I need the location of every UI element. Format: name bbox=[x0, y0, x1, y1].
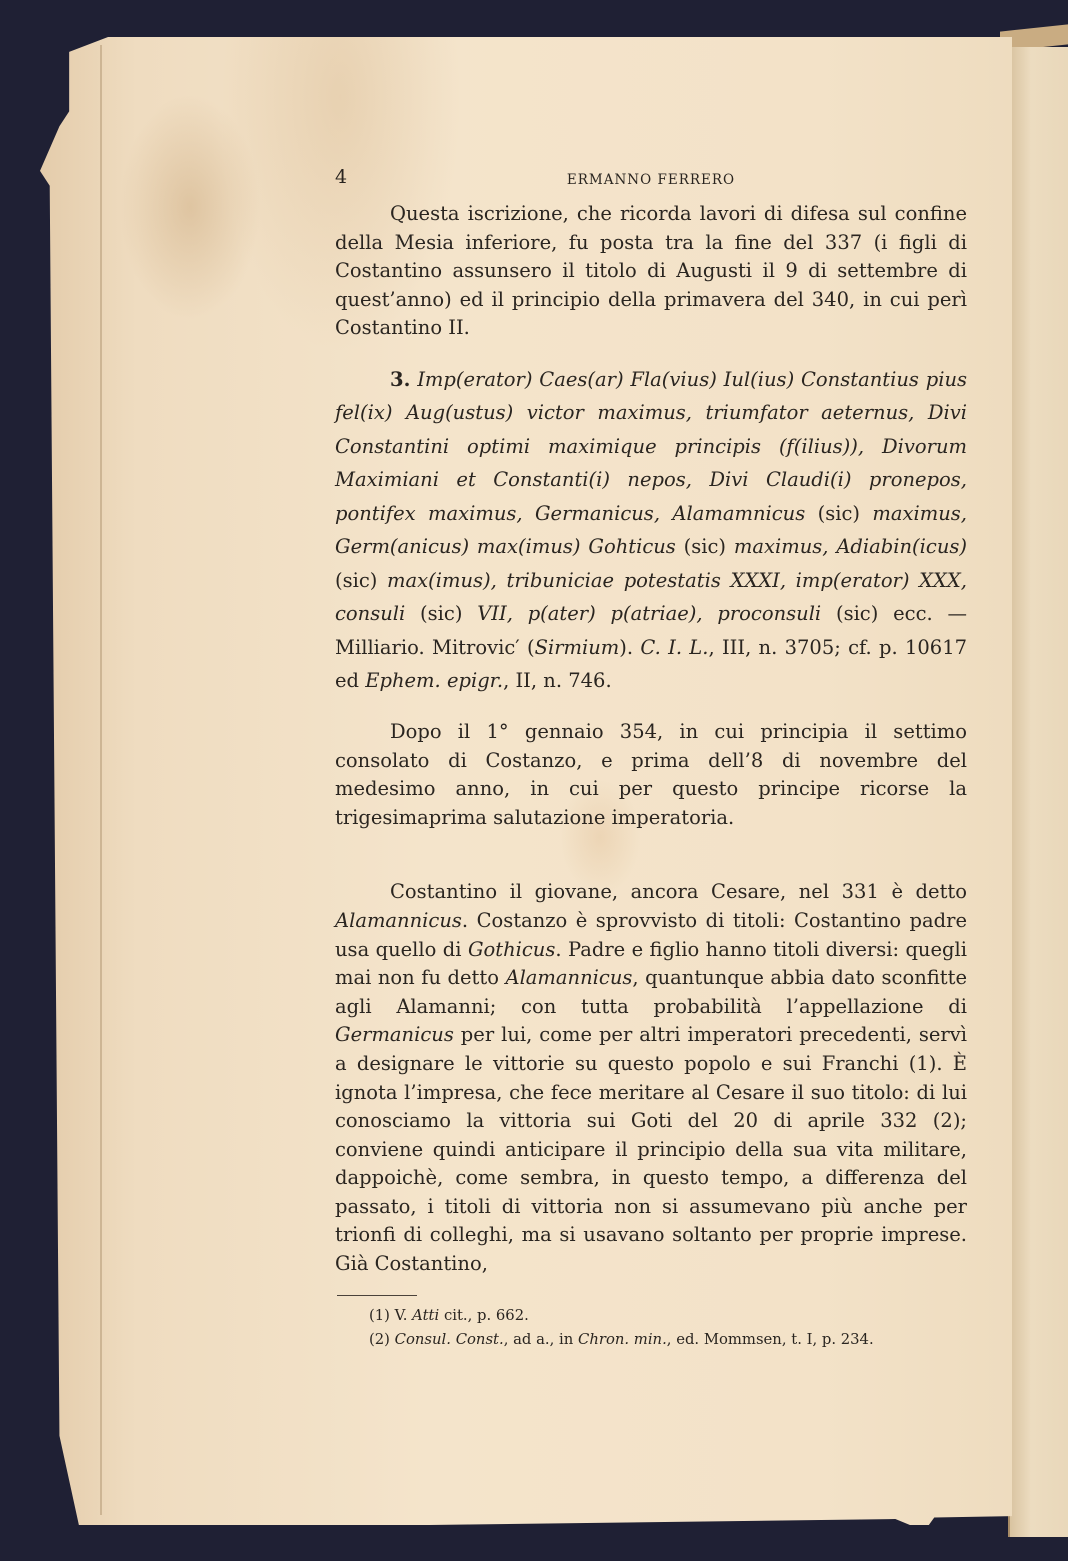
inscription-number: 3. bbox=[390, 368, 410, 391]
italic-text: Gothicus bbox=[468, 938, 555, 961]
roman-text: cit., p. 662. bbox=[439, 1307, 529, 1324]
italic-text: Chron. min. bbox=[578, 1331, 667, 1348]
roman-text: (1) V. bbox=[369, 1307, 412, 1324]
footnote-divider bbox=[337, 1295, 417, 1296]
roman-text: Costantino il giovane, ancora Cesare, ne… bbox=[390, 880, 967, 903]
page-fold-line bbox=[100, 45, 102, 1515]
roman-text: per lui, come per altri imperatori prece… bbox=[335, 1023, 967, 1275]
footnote-1: (1) V. Atti cit., p. 662. bbox=[335, 1304, 967, 1328]
paragraph-constantine-titles: Costantino il giovane, ancora Cesare, ne… bbox=[335, 878, 967, 1278]
italic-text: Alamannicus bbox=[335, 909, 462, 932]
footnote-2: (2) Consul. Const., ad a., in Chron. min… bbox=[335, 1328, 967, 1352]
roman-text: (sic) bbox=[676, 535, 734, 558]
paragraph-inscription-dating: Questa iscrizione, che ricorda lavori di… bbox=[335, 200, 967, 343]
adjacent-page-edge bbox=[1008, 47, 1068, 1537]
paragraph-dating-354: Dopo il 1° gennaio 354, in cui principia… bbox=[335, 718, 967, 832]
running-head: 4 ERMANNO FERRERO bbox=[335, 160, 967, 200]
italic-text: Consul. Const. bbox=[395, 1331, 504, 1348]
italic-text: VII, p(ater) p(atriae), proconsuli bbox=[477, 602, 821, 625]
roman-text: , ad a., in bbox=[504, 1331, 578, 1348]
italic-text: C. I. L. bbox=[640, 636, 708, 659]
roman-text: (2) bbox=[369, 1331, 395, 1348]
italic-text: maximus, Adiabin(icus) bbox=[734, 535, 967, 558]
italic-text: Alamannicus bbox=[505, 966, 632, 989]
inscription-3: 3. Imp(erator) Caes(ar) Fla(vius) Iul(iu… bbox=[335, 363, 967, 698]
roman-text: , ed. Mommsen, t. I, p. 234. bbox=[667, 1331, 874, 1348]
page-text-block: 4 ERMANNO FERRERO Questa iscrizione, che… bbox=[335, 160, 967, 1352]
roman-text: (sic) bbox=[405, 602, 477, 625]
footnotes: (1) V. Atti cit., p. 662. (2) Consul. Co… bbox=[335, 1304, 967, 1352]
running-head-author: ERMANNO FERRERO bbox=[335, 172, 967, 188]
italic-text: Germanicus bbox=[335, 1023, 454, 1046]
roman-text: , II, n. 746. bbox=[503, 669, 612, 692]
roman-text: ). bbox=[619, 636, 640, 659]
roman-text: (sic) bbox=[805, 502, 872, 525]
italic-text: Sirmium bbox=[535, 636, 620, 659]
roman-text: (sic) bbox=[335, 569, 387, 592]
inscription-text: Imp(erator) Caes(ar) Fla(vius) Iul(ius) … bbox=[335, 368, 967, 693]
italic-text: Ephem. epigr. bbox=[365, 669, 503, 692]
italic-text: Atti bbox=[412, 1307, 439, 1324]
